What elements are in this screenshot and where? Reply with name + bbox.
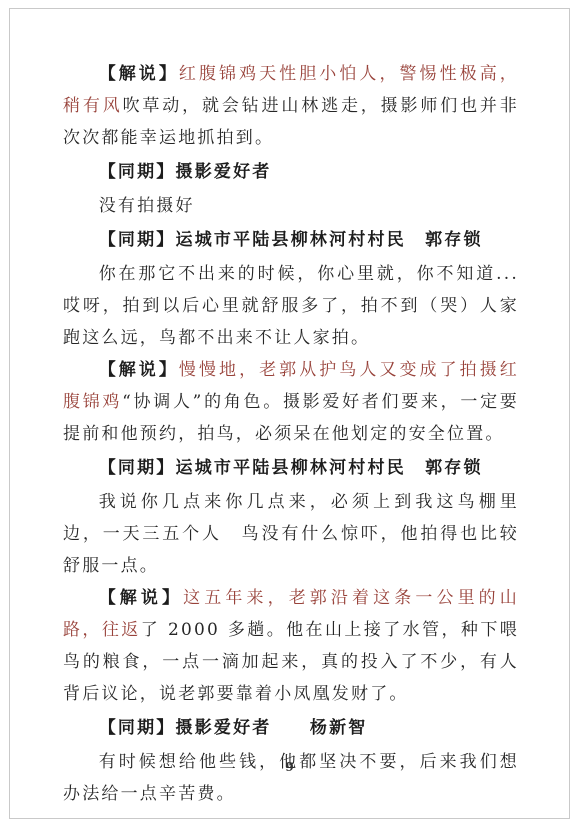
page-number: 9 <box>0 760 579 774</box>
narration-label: 【解说】 <box>99 588 183 608</box>
narration-paragraph: 【解说】这五年来，老郭沿着这条一公里的山路，往返了 2000 多趟。他在山上接了… <box>63 582 519 710</box>
narration-label: 【解说】 <box>99 64 179 84</box>
page-content: 【解说】红腹锦鸡天性胆小怕人，警惕性极高，稍有风吹草动，就会钻进山林逃走，摄影师… <box>63 58 519 810</box>
sync-title: 运城市平陆县柳林河村村民 郭存锁 <box>176 230 483 250</box>
sync-label: 【同期】 <box>99 458 176 478</box>
sync-heading: 【同期】摄影爱好者 杨新智 <box>63 712 519 744</box>
speech-text: 你在那它不出来的时候，你心里就，你不知道...哎呀，拍到以后心里就舒服多了，拍不… <box>63 264 519 348</box>
speech-text: 我说你几点来你几点来，必须上到我这鸟棚里边，一天三五个人 鸟没有什么惊吓，他拍得… <box>63 492 519 576</box>
speech-text: 没有拍摄好 <box>99 196 195 216</box>
speech-paragraph: 你在那它不出来的时候，你心里就，你不知道...哎呀，拍到以后心里就舒服多了，拍不… <box>63 258 519 354</box>
sync-label: 【同期】 <box>99 162 176 182</box>
sync-label: 【同期】 <box>99 718 176 738</box>
sync-title: 摄影爱好者 <box>176 162 272 182</box>
sync-heading: 【同期】摄影爱好者 <box>63 156 519 188</box>
sync-heading: 【同期】运城市平陆县柳林河村村民 郭存锁 <box>63 224 519 256</box>
sync-label: 【同期】 <box>99 230 176 250</box>
narration-rest-text: “协调人”的角色。摄影爱好者们要来，一定要提前和他预约，拍鸟，必须呆在他划定的安… <box>63 392 519 444</box>
speech-paragraph: 有时候想给他些钱，他都坚决不要，后来我们想办法给一点辛苦费。 <box>63 746 519 810</box>
speech-paragraph: 我说你几点来你几点来，必须上到我这鸟棚里边，一天三五个人 鸟没有什么惊吓，他拍得… <box>63 486 519 582</box>
narration-rest-text: 吹草动，就会钻进山林逃走，摄影师们也并非次次都能幸运地抓拍到。 <box>63 96 519 148</box>
narration-paragraph: 【解说】慢慢地，老郭从护鸟人又变成了拍摄红腹锦鸡“协调人”的角色。摄影爱好者们要… <box>63 354 519 450</box>
sync-title: 运城市平陆县柳林河村村民 郭存锁 <box>176 458 483 478</box>
sync-heading: 【同期】运城市平陆县柳林河村村民 郭存锁 <box>63 452 519 484</box>
narration-paragraph: 【解说】红腹锦鸡天性胆小怕人，警惕性极高，稍有风吹草动，就会钻进山林逃走，摄影师… <box>63 58 519 154</box>
speech-paragraph: 没有拍摄好 <box>63 190 519 222</box>
sync-title: 摄影爱好者 杨新智 <box>176 718 368 738</box>
document-page: 【解说】红腹锦鸡天性胆小怕人，警惕性极高，稍有风吹草动，就会钻进山林逃走，摄影师… <box>0 0 579 828</box>
narration-label: 【解说】 <box>99 360 179 380</box>
